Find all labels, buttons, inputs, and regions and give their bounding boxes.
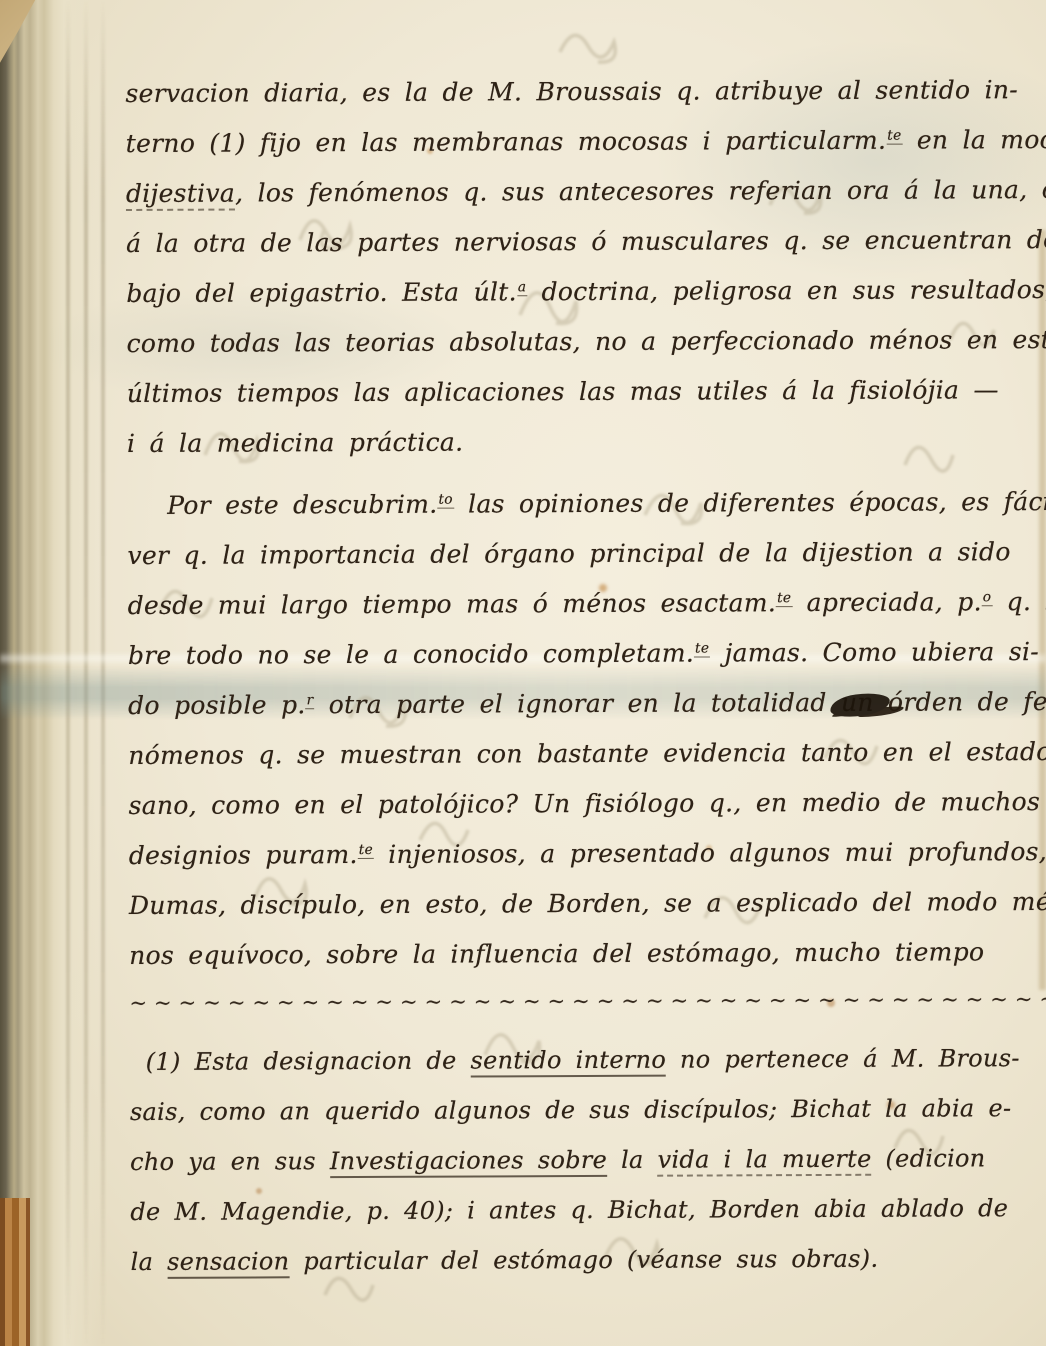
text-line: bre todo no se le a conocido completam.t… (128, 624, 1046, 678)
manuscript-text: servacion diaria, es la de M. Broussais … (125, 62, 1046, 1284)
footnote: (1) Esta designacion de sentido interno … (130, 1030, 1046, 1284)
text-line: de M. Magendie, p. 40); i antes q. Bicha… (130, 1180, 1046, 1234)
text-line: i á la medicina práctica. (127, 412, 1045, 466)
text-line: cho ya en sus Investigaciones sobre la v… (130, 1130, 1046, 1184)
text-line: nómenos q. se muestran con bastante evid… (128, 724, 1046, 778)
section-divider: ~~~~~~~~~~~~~~~~~~~~~~~~~~~~~~~~~~~~~~~~… (129, 976, 1046, 1026)
text-line: Por este descubrim.to las opiniones de d… (127, 474, 1045, 528)
text-line: Dumas, discípulo, en esto, de Borden, se… (129, 874, 1046, 928)
text-line: terno (1) fijo en las membranas mocosas … (126, 112, 1044, 166)
text-line: (1) Esta designacion de sentido interno … (130, 1030, 1046, 1084)
paragraph-2: Por este descubrim.to las opiniones de d… (127, 474, 1046, 978)
manuscript-page: servacion diaria, es la de M. Broussais … (0, 0, 1046, 1346)
text-line: como todas las teorias absolutas, no a p… (126, 312, 1044, 366)
text-line: á la otra de las partes nerviosas ó musc… (126, 212, 1044, 266)
paragraph-1: servacion diaria, es la de M. Broussais … (125, 62, 1045, 466)
text-line: designios puram.te injeniosos, a present… (129, 824, 1046, 878)
text-line: do posible p.r otra parte el ignorar en … (128, 674, 1046, 728)
text-line: nos equívoco, sobre la influencia del es… (129, 924, 1046, 978)
text-line: ver q. la importancia del órgano princip… (127, 524, 1045, 578)
text-line: dijestiva, los fenómenos q. sus anteceso… (126, 162, 1044, 216)
book-board-edge (0, 1198, 30, 1346)
text-line: bajo del epigastrio. Esta últ.a doctrina… (126, 262, 1044, 316)
text-line: últimos tiempos las aplicaciones las mas… (127, 362, 1045, 416)
text-line: servacion diaria, es la de M. Broussais … (125, 62, 1043, 116)
text-line: sano, como en el patolójico? Un fisiólog… (128, 774, 1046, 828)
text-line: la sensacion particular del estómago (vé… (130, 1230, 1046, 1284)
text-line: sais, como an querido algunos de sus dis… (130, 1080, 1046, 1134)
text-line: desde mui largo tiempo mas ó ménos esact… (128, 574, 1046, 628)
foxing-spots (0, 0, 6, 6)
